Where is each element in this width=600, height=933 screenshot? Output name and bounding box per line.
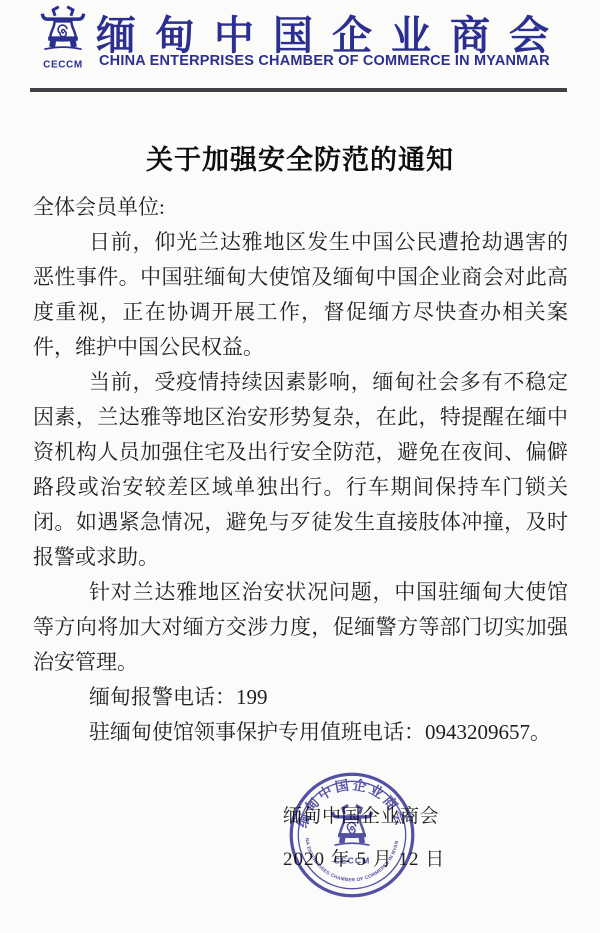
official-seal-stamp-icon: 缅甸中国企业商会 CHINA ENTERPRISES CHAMBER OF CO…	[276, 759, 428, 911]
paragraph-2: 当前，受疫情持续因素影响，缅甸社会多有不稳定因素，兰达雅等地区治安形势复杂，在此…	[33, 365, 568, 575]
police-phone-line: 缅甸报警电话：199	[33, 680, 568, 715]
consular-phone-line: 驻缅甸使馆领事保护专用值班电话：0943209657。	[33, 715, 568, 750]
letterhead: CECCM 缅甸中国企业商会 CHINA ENTERPRISES CHAMBER…	[0, 0, 600, 95]
notice-body: 全体会员单位: 日前，仰光兰达雅地区发生中国公民遭抢劫遇害的恶性事件。中国驻缅甸…	[33, 190, 568, 750]
paragraph-3: 针对兰达雅地区治安状况问题，中国驻缅甸大使馆等方向将加大对缅方交涉力度，促缅警方…	[33, 575, 568, 680]
ceccm-logo-icon: CECCM	[31, 5, 95, 71]
salutation: 全体会员单位:	[33, 190, 568, 225]
header-divider	[30, 88, 567, 92]
seal-emblem-icon	[333, 806, 371, 845]
paragraph-1: 日前，仰光兰达雅地区发生中国公民遭抢劫遇害的恶性事件。中国驻缅甸大使馆及缅甸中国…	[33, 225, 568, 365]
org-name-english: CHINA ENTERPRISES CHAMBER OF COMMERCE IN…	[99, 53, 550, 69]
seal-acronym: CECCM	[334, 855, 371, 865]
logo-acronym: CECCM	[43, 59, 83, 70]
notice-title: 关于加强安全防范的通知	[0, 138, 600, 177]
